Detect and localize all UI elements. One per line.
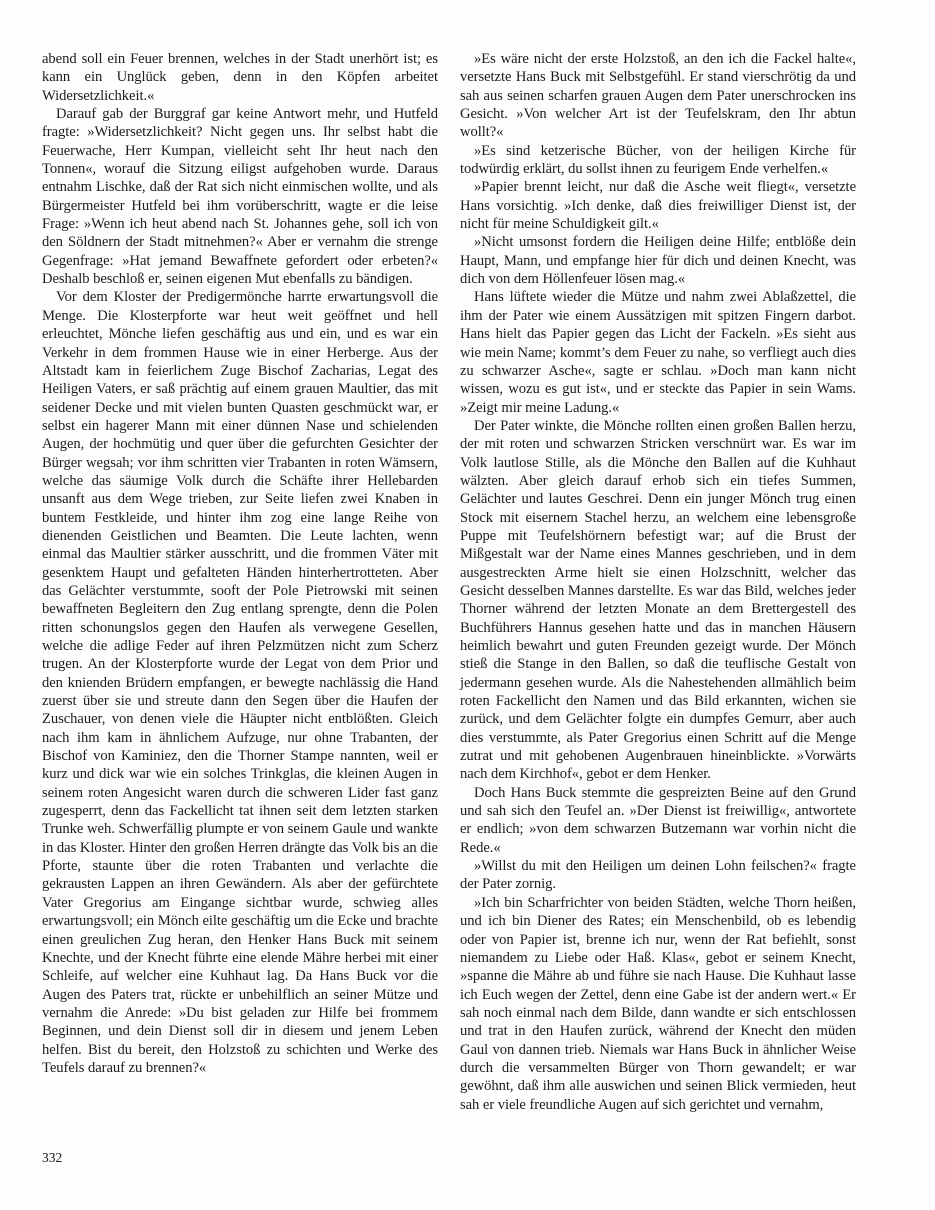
book-page: abend soll ein Feuer brennen, welches in…: [0, 0, 935, 1210]
paragraph: Darauf gab der Burggraf gar keine Antwor…: [42, 105, 438, 288]
paragraph: Vor dem Kloster der Predigermönche harrt…: [42, 288, 438, 1077]
paragraph: »Papier brennt leicht, nur daß die Asche…: [460, 178, 856, 233]
text-columns: abend soll ein Feuer brennen, welches in…: [42, 50, 856, 1114]
paragraph: »Nicht umsonst fordern die Heiligen dein…: [460, 233, 856, 288]
page-number: 332: [42, 1150, 62, 1166]
paragraph: »Ich bin Scharfrichter von beiden Städte…: [460, 894, 856, 1114]
paragraph: Hans lüftete wieder die Mütze und nahm z…: [460, 288, 856, 416]
paragraph: Der Pater winkte, die Mönche rollten ein…: [460, 417, 856, 784]
paragraph: »Es sind ketzerische Bücher, von der hei…: [460, 142, 856, 179]
paragraph: »Willst du mit den Heiligen um deinen Lo…: [460, 857, 856, 894]
paragraph: »Es wäre nicht der erste Holzstoß, an de…: [460, 50, 856, 142]
paragraph: Doch Hans Buck stemmte die gespreizten B…: [460, 784, 856, 857]
paragraph: abend soll ein Feuer brennen, welches in…: [42, 50, 438, 105]
text-column-right: »Es wäre nicht der erste Holzstoß, an de…: [460, 50, 856, 1114]
text-column-left: abend soll ein Feuer brennen, welches in…: [42, 50, 438, 1114]
